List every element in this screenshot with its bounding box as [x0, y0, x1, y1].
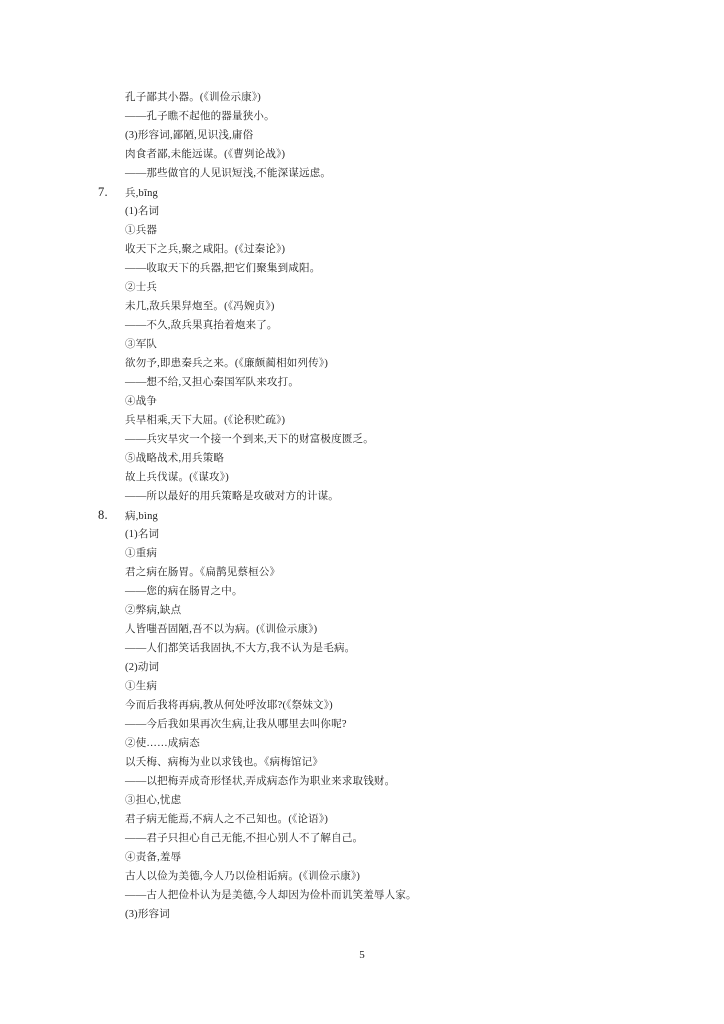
text-line: ④战争: [0, 392, 724, 411]
entry-number: 7.: [98, 183, 125, 202]
entry-word-pinyin: 病,bìng: [125, 511, 158, 522]
text-line: ①重病: [0, 544, 724, 563]
text-line: ——人们都笑话我固执,不大方,我不认为是毛病。: [0, 639, 724, 658]
text-line: 古人以俭为美德,今人乃以俭相诟病。(《训俭示康》): [0, 867, 724, 886]
text-line: ②使……成病态: [0, 734, 724, 753]
text-line: 人皆嗤吾固陋,吾不以为病。(《训俭示康》): [0, 620, 724, 639]
text-line: ——您的病在肠胃之中。: [0, 582, 724, 601]
text-line: ——以把梅弄成奇形怪状,弄成病态作为职业来求取钱财。: [0, 772, 724, 791]
entry-heading-line: 8.病,bìng: [0, 506, 724, 525]
text-line: 欲勿予,即患秦兵之来。(《廉颇蔺相如列传》): [0, 354, 724, 373]
text-line: 故上兵伐谋。(《谋攻》): [0, 468, 724, 487]
text-line: 收天下之兵,聚之咸阳。(《过秦论》): [0, 240, 724, 259]
entry-heading-line: 7.兵,bīng: [0, 183, 724, 202]
text-line: ——所以最好的用兵策略是攻破对方的计谋。: [0, 487, 724, 506]
page-number: 5: [0, 946, 724, 965]
text-line: 君之病在肠胃。《扁鹊见蔡桓公》: [0, 563, 724, 582]
text-line: ——兵灾旱灾一个接一个到来,天下的财富极度匮乏。: [0, 430, 724, 449]
text-line: ——今后我如果再次生病,让我从哪里去叫你呢?: [0, 715, 724, 734]
text-line: (3)形容词: [0, 905, 724, 924]
text-line: (1)名词: [0, 202, 724, 221]
text-line: ——不久,敌兵果真抬着炮来了。: [0, 316, 724, 335]
text-line: ③担心,忧虑: [0, 791, 724, 810]
text-line: ——孔子瞧不起他的器量狭小。: [0, 107, 724, 126]
text-line: ②士兵: [0, 278, 724, 297]
text-line: (2)动词: [0, 658, 724, 677]
text-line: ——君子只担心自己无能,不担心别人不了解自己。: [0, 829, 724, 848]
text-line: ——收取天下的兵器,把它们聚集到咸阳。: [0, 259, 724, 278]
text-line: ③军队: [0, 335, 724, 354]
text-line: ——古人把俭朴认为是美德,今人却因为俭朴而讥笑羞辱人家。: [0, 886, 724, 905]
text-line: ①兵器: [0, 221, 724, 240]
text-line: 未几,敌兵果舁炮至。(《冯婉贞》): [0, 297, 724, 316]
text-line: ——那些做官的人见识短浅,不能深谋远虑。: [0, 164, 724, 183]
entry-word-pinyin: 兵,bīng: [125, 188, 158, 199]
text-line: 今而后我将再病,教从何处呼汝耶?(《祭妹文》): [0, 696, 724, 715]
text-line: 肉食者鄙,未能远谋。(《曹刿论战》): [0, 145, 724, 164]
text-line: 兵旱相乘,天下大屈。(《论积贮疏》): [0, 411, 724, 430]
text-line: ④责备,羞辱: [0, 848, 724, 867]
text-line: (3)形容词,鄙陋,见识浅,庸俗: [0, 126, 724, 145]
text-line: (1)名词: [0, 525, 724, 544]
document-page: 孔子鄙其小器。(《训俭示康》)——孔子瞧不起他的器量狭小。(3)形容词,鄙陋,见…: [0, 0, 724, 1024]
entry-number: 8.: [98, 506, 125, 525]
document-body: 孔子鄙其小器。(《训俭示康》)——孔子瞧不起他的器量狭小。(3)形容词,鄙陋,见…: [0, 88, 724, 924]
text-line: 以夭梅、病梅为业以求钱也。《病梅馆记》: [0, 753, 724, 772]
text-line: 孔子鄙其小器。(《训俭示康》): [0, 88, 724, 107]
text-line: ②弊病,缺点: [0, 601, 724, 620]
text-line: ⑤战略战术,用兵策略: [0, 449, 724, 468]
text-line: ①生病: [0, 677, 724, 696]
text-line: ——想不给,又担心秦国军队来攻打。: [0, 373, 724, 392]
text-line: 君子病无能焉,不病人之不己知也。(《论语》): [0, 810, 724, 829]
